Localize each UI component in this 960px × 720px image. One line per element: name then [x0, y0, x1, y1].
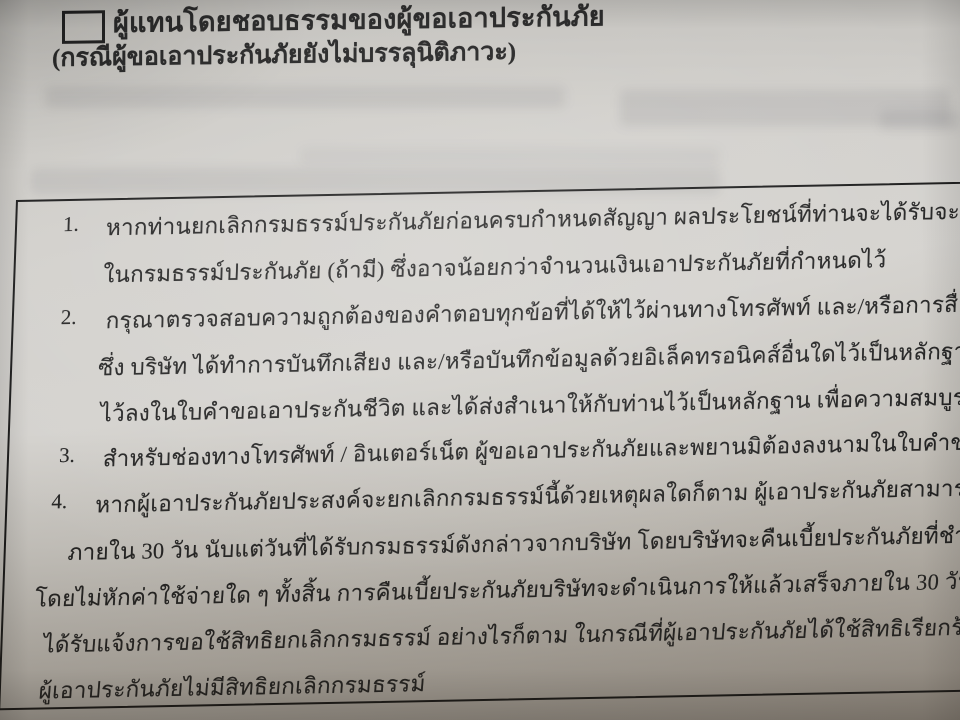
text-line: ไว้ลงในใบคำขอเอาประกันชีวิต และได้ส่งสำเ… [100, 376, 960, 432]
document-photo: ผู้แทนโดยชอบธรรมของผู้ขอเอาประกันภัย (กร… [0, 0, 960, 720]
text-line: โดยไม่หักค่าใช้จ่ายใด ๆ ทั้งสิ้น การคืนเ… [34, 562, 960, 616]
text-line: หากผู้เอาประกันภัยประสงค์จะยกเลิกกรมธรรม… [95, 467, 960, 522]
ghost-text-smudge [300, 148, 720, 164]
ghost-text-smudge [45, 86, 565, 108]
text-line: กรุณาตรวจสอบความถูกต้องของคำตอบทุกข้อที่… [105, 283, 960, 339]
legal-guardian-checkbox [62, 10, 105, 44]
text-line: ภายใน 30 วัน นับแต่วันที่ได้รับกรมธรรม์ด… [67, 516, 960, 570]
notice-box: 1. หากท่านยกเลิกกรมธรรม์ประกันภัยก่อนครบ… [0, 179, 960, 710]
header: ผู้แทนโดยชอบธรรมของผู้ขอเอาประกันภัย (กร… [52, 0, 605, 75]
text-line: ผู้เอาประกันภัยไม่มีสิทธิยกเลิกกรมธรรม์ [37, 665, 427, 708]
text-line: ได้รับแจ้งการขอใช้สิทธิยกเลิกกรมธรรม์ อย… [42, 607, 960, 662]
text-line: หากท่านยกเลิกกรมธรรม์ประกันภัยก่อนครบกำห… [105, 190, 960, 245]
legal-guardian-sublabel: (กรณีผู้ขอเอาประกันภัยยังไม่บรรลุนิติภาว… [52, 34, 605, 75]
list-item-number: 3. [59, 443, 76, 468]
text-line: ซึ่ง บริษัท ได้ทำการบันทึกเสียง และ/หรือ… [97, 331, 960, 386]
list-item-number: 1. [63, 212, 80, 237]
text-line: ในกรมธรรม์ประกันภัย (ถ้ามี) ซึ่งอาจน้อยก… [103, 241, 887, 292]
list-item-number: 4. [51, 489, 68, 514]
text-line: สำหรับช่องทางโทรศัพท์ / อินเตอร์เน็ต ผู้… [102, 421, 960, 477]
legal-guardian-label: ผู้แทนโดยชอบธรรมของผู้ขอเอาประกันภัย [113, 0, 605, 43]
list-item-number: 2. [60, 305, 77, 330]
ghost-text-smudge [880, 110, 960, 130]
